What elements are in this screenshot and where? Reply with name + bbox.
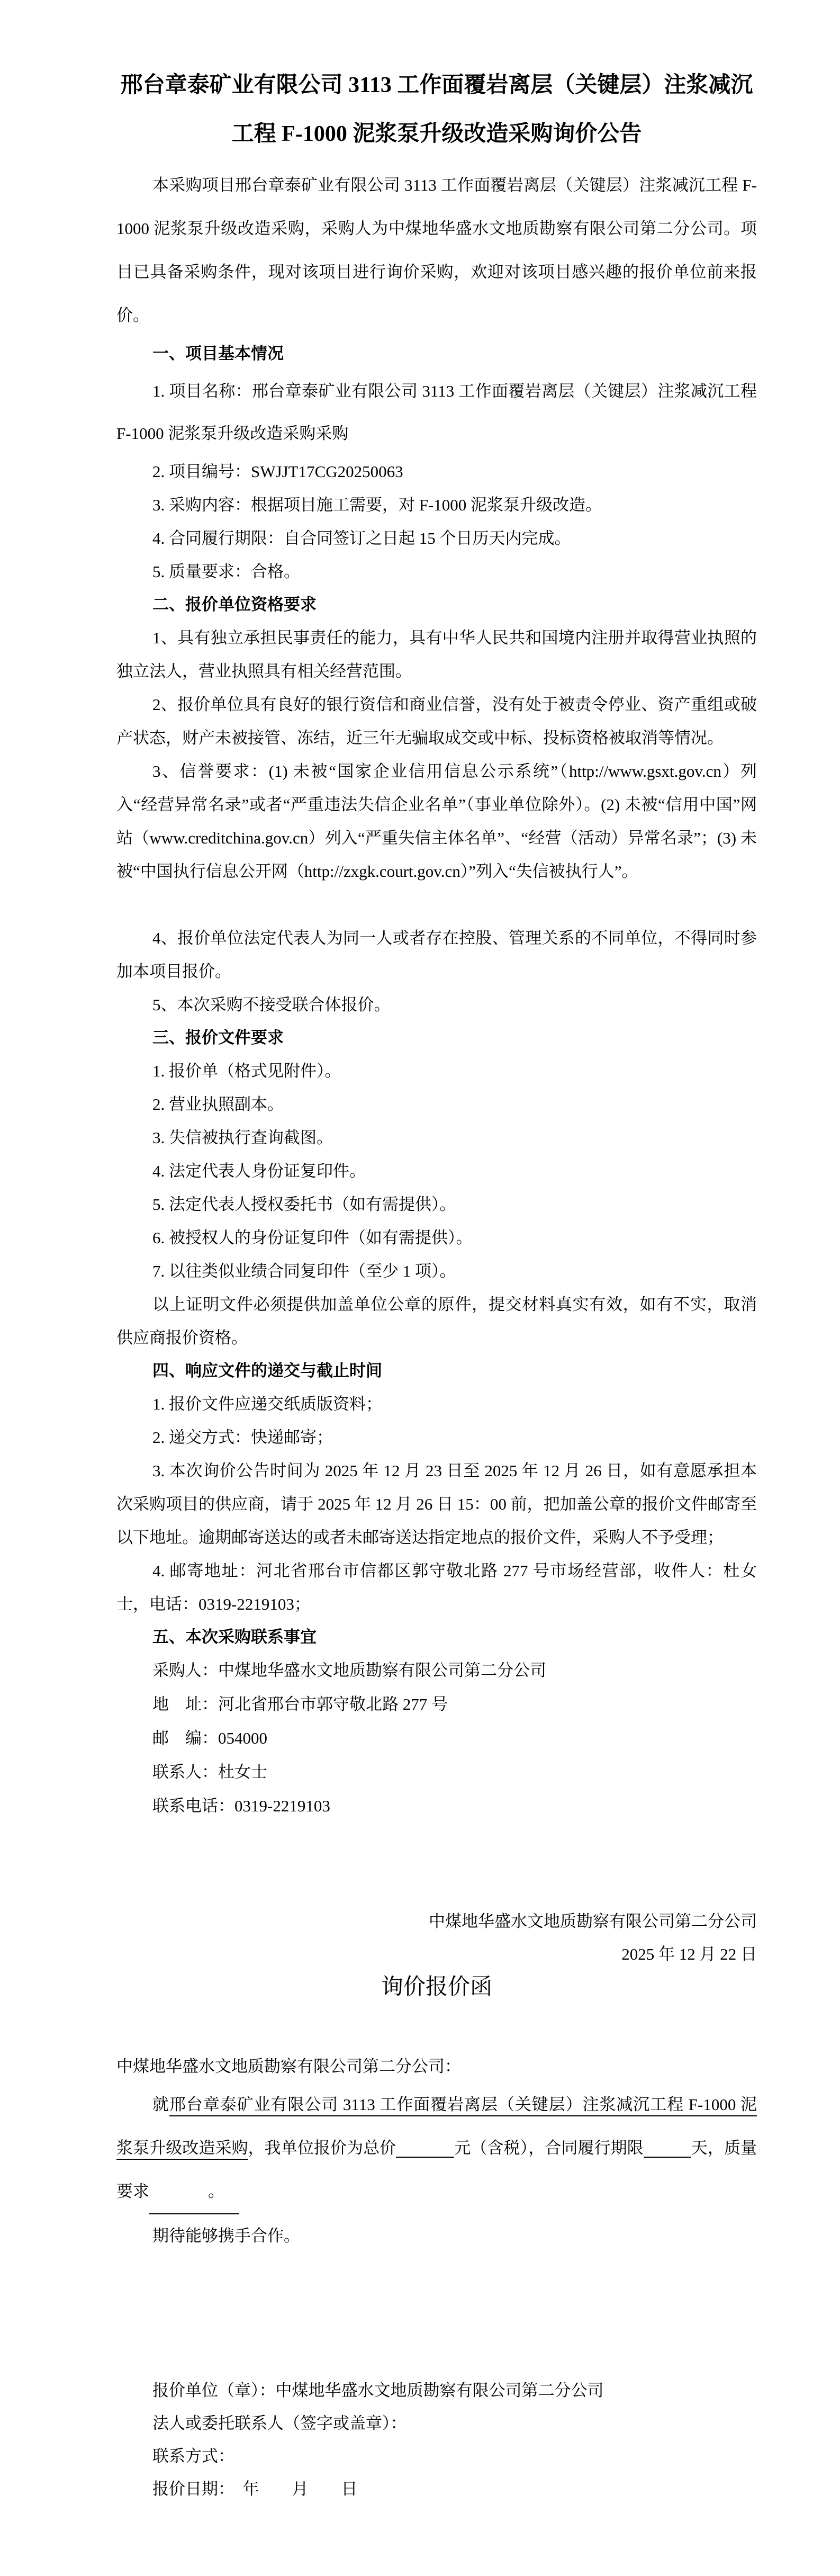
price-blank [396, 2139, 454, 2158]
legal-person-line: 法人或委托联系人（签字或盖章）： [116, 2407, 757, 2440]
postcode-line: 邮 编：054000 [116, 1721, 757, 1755]
document-requirement-item-3: 3. 失信被执行查询截图。 [116, 1121, 757, 1154]
letter-body-mid1: ，我单位报价为总价 [248, 2139, 396, 2157]
purchaser-line: 采购人：中煤地华盛水文地质勘察有限公司第二分公司 [116, 1654, 757, 1688]
document-requirement-item-7: 7. 以往类似业绩合同复印件（至少 1 项）。 [116, 1254, 757, 1288]
quality-requirement-item: 5. 质量要求：合格。 [116, 555, 757, 588]
letter-body-mid2: 元（含税），合同履行期限 [454, 2139, 643, 2157]
contact-person-line: 联系人：杜女士 [116, 1755, 757, 1789]
qualification-item-4: 4、报价单位法定代表人为同一人或者存在控股、管理关系的不同单位，不得同时参加本项… [116, 921, 757, 988]
submission-item-1: 1. 报价文件应递交纸质版资料； [116, 1387, 757, 1421]
quote-date-line: 报价日期： 年 月 日 [116, 2473, 757, 2506]
submission-item-3: 3. 本次询价公告时间为 2025 年 12 月 23 日至 2025 年 12… [116, 1454, 757, 1554]
quote-unit-line: 报价单位（章）：中煤地华盛水文地质勘察有限公司第二分公司 [116, 2374, 757, 2407]
signature-date: 2025 年 12 月 22 日 [116, 1938, 757, 1971]
signature-block: 中煤地华盛水文地质勘察有限公司第二分公司 2025 年 12 月 22 日 [116, 1905, 757, 1971]
announcement-title: 邢台章泰矿业有限公司 3113 工作面覆岩离层（关键层）注浆减沉工程 F-100… [116, 61, 757, 158]
signature-company: 中煤地华盛水文地质勘察有限公司第二分公司 [116, 1905, 757, 1938]
letter-body: 就邢台章泰矿业有限公司 3113 工作面覆岩离层（关键层）注浆减沉工程 F-10… [116, 2083, 757, 2214]
letter-signature-fields: 报价单位（章）：中煤地华盛水文地质勘察有限公司第二分公司 法人或委托联系人（签字… [116, 2374, 757, 2506]
qualification-item-3: 3、信誉要求：(1) 未被“国家企业信用信息公示系统”（http://www.g… [116, 755, 757, 921]
document-requirement-item-4: 4. 法定代表人身份证复印件。 [116, 1154, 757, 1188]
document-page: 邢台章泰矿业有限公司 3113 工作面覆岩离层（关键层）注浆减沉工程 F-100… [0, 0, 840, 2576]
document-requirement-item-2: 2. 营业执照副本。 [116, 1088, 757, 1121]
letter-body-prefix: 就 [152, 2095, 169, 2114]
section-5-heading: 五、本次采购联系事宜 [116, 1621, 757, 1654]
submission-item-4: 4. 邮寄地址：河北省邢台市信都区郭守敬北路 277 号市场经营部，收件人：杜女… [116, 1554, 757, 1621]
qualification-item-1: 1、具有独立承担民事责任的能力，具有中华人民共和国境内注册并取得营业执照的独立法… [116, 621, 757, 688]
section-4-heading: 四、响应文件的递交与截止时间 [116, 1354, 757, 1387]
documents-note: 以上证明文件必须提供加盖单位公章的原件，提交材料真实有效，如有不实，取消供应商报… [116, 1288, 757, 1354]
document-requirement-item-5: 5. 法定代表人授权委托书（如有需提供）。 [116, 1188, 757, 1221]
qualification-item-5: 5、本次采购不接受联合体报价。 [116, 988, 757, 1021]
procurement-content-item: 3. 采购内容：根据项目施工需要，对 F-1000 泥浆泵升级改造。 [116, 488, 757, 522]
project-number-item: 2. 项目编号：SWJJT17CG20250063 [116, 455, 757, 488]
contact-phone-line: 联系电话：0319-2219103 [116, 1789, 757, 1823]
document-requirement-item-6: 6. 被授权人的身份证复印件（如有需提供）。 [116, 1221, 757, 1254]
contact-method-line: 联系方式： [116, 2440, 757, 2473]
letter-body-suffix: 。 [208, 2182, 224, 2201]
period-blank [644, 2139, 691, 2158]
section-3-heading: 三、报价文件要求 [116, 1021, 757, 1054]
section-2-heading: 二、报价单位资格要求 [116, 588, 757, 621]
quality-blank: 。 [149, 2170, 239, 2214]
submission-item-2: 2. 递交方式：快递邮寄； [116, 1421, 757, 1454]
address-line: 地 址：河北省邢台市郭守敬北路 277 号 [116, 1688, 757, 1721]
document-requirement-item-1: 1. 报价单（格式见附件）。 [116, 1054, 757, 1088]
letter-closing: 期待能够携手合作。 [116, 2214, 757, 2258]
letter-title: 询价报价函 [116, 1971, 757, 2004]
project-name-item: 1. 项目名称：邢台章泰矿业有限公司 3113 工作面覆岩离层（关键层）注浆减沉… [116, 370, 757, 455]
qualification-item-2: 2、报价单位具有良好的银行资信和商业信誉，没有处于被责令停业、资产重组或破产状态… [116, 688, 757, 755]
letter-salutation: 中煤地华盛水文地质勘察有限公司第二分公司： [116, 2050, 757, 2083]
section-1-heading: 一、项目基本情况 [116, 337, 757, 370]
intro-paragraph: 本采购项目邢台章泰矿业有限公司 3113 工作面覆岩离层（关键层）注浆减沉工程 … [116, 164, 757, 337]
contract-period-item: 4. 合同履行期限：自合同签订之日起 15 个日历天内完成。 [116, 522, 757, 555]
